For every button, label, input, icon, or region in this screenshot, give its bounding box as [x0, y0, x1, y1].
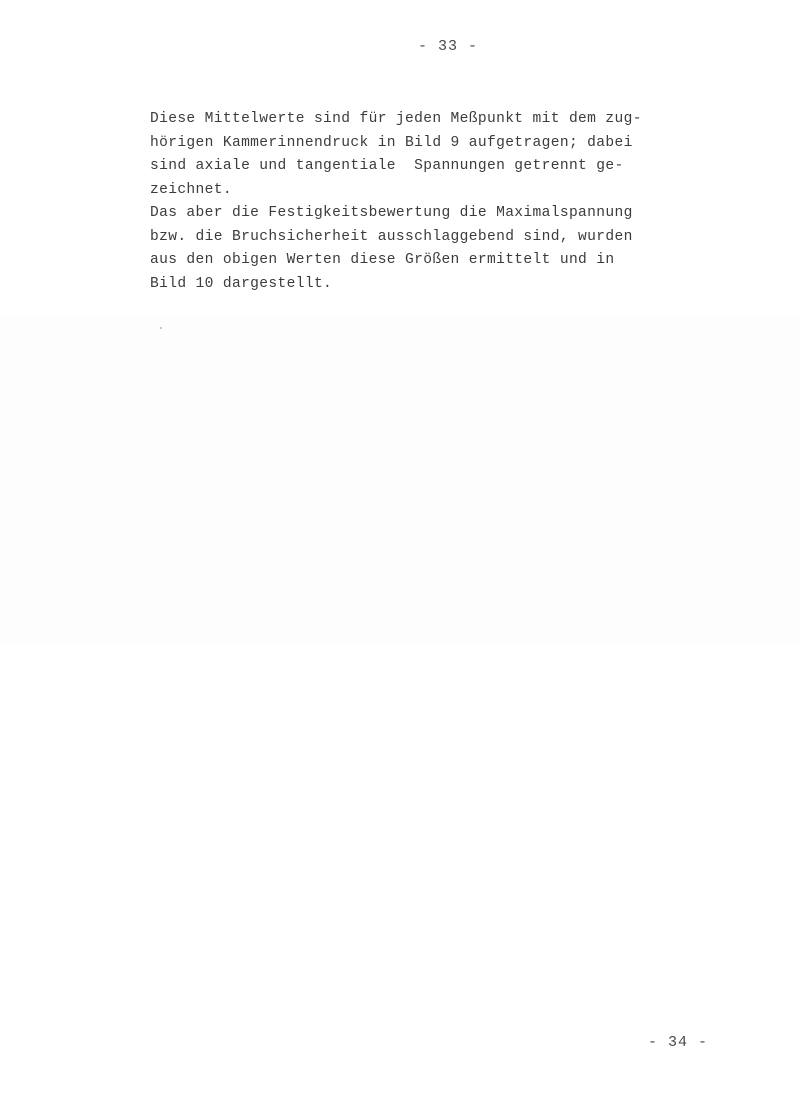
page-number-bottom: - 34 -	[648, 1034, 708, 1051]
paragraph-1: Diese Mittelwerte sind für jeden Meßpunk…	[150, 108, 690, 202]
text-line: hörigen Kammerinnendruck in Bild 9 aufge…	[150, 132, 690, 156]
paragraph-2: Das aber die Festigkeitsbewertung die Ma…	[150, 202, 690, 296]
text-line: zeichnet.	[150, 179, 690, 203]
text-line: bzw. die Bruchsicherheit ausschlaggebend…	[150, 226, 690, 250]
text-line: aus den obigen Werten diese Größen ermit…	[150, 249, 690, 273]
body-text: Diese Mittelwerte sind für jeden Meßpunk…	[150, 108, 690, 296]
text-line: Diese Mittelwerte sind für jeden Meßpunk…	[150, 108, 690, 132]
scan-artifact-dot	[160, 327, 162, 329]
text-line: sind axiale und tangentiale Spannungen g…	[150, 155, 690, 179]
text-line: Das aber die Festigkeitsbewertung die Ma…	[150, 202, 690, 226]
text-line: Bild 10 dargestellt.	[150, 273, 690, 297]
page-number-top: - 33 -	[418, 38, 478, 55]
scan-background-band	[0, 318, 800, 643]
